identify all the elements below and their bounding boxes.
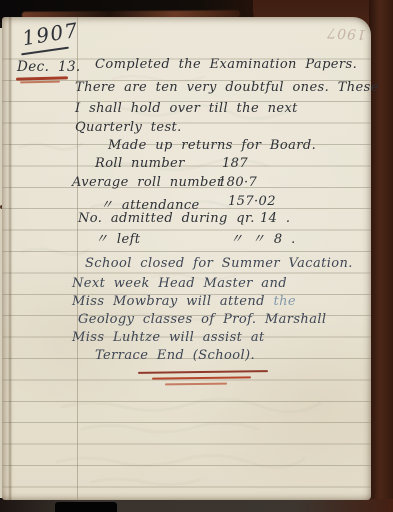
year-heading: 1907: [21, 20, 80, 49]
stat-label: Average roll number: [72, 175, 223, 190]
entry-line: Quarterly test.: [75, 121, 182, 134]
gutter-crease: [8, 17, 12, 500]
stat-value: 14 .: [260, 211, 290, 226]
stat-value: 157·02: [228, 194, 276, 209]
pencil-word-the: the: [273, 294, 296, 309]
red-flourish-line: [152, 376, 251, 379]
entry-line: I shall hold over till the next: [75, 102, 298, 115]
entry-line: Miss Luhtze will assist at: [72, 331, 265, 344]
scanned-journal-photo: 1907 1907 Dec. 13. Completed the Examina…: [0, 0, 393, 512]
entry-line: Geology classes of Prof. Marshall: [78, 313, 326, 326]
stat-row-average-roll: Average roll number 180·7: [2, 175, 371, 191]
stat-value: 180·7: [218, 175, 257, 190]
entry-date: Dec. 13.: [17, 61, 81, 75]
entry-line: Miss Mowbray will attend the: [72, 295, 296, 308]
stat-label: Roll number: [95, 156, 185, 171]
entry-line: Next week Head Master and: [72, 277, 287, 290]
stat-value: 〃 〃 8 .: [230, 228, 296, 247]
entry-line: School closed for Summer Vacation.: [85, 257, 353, 270]
stat-value: 187: [222, 156, 248, 171]
entry-line: Completed the Examination Papers.: [95, 58, 357, 71]
date-red-underline-second: [20, 81, 60, 84]
stat-label: No. admitted during qr.: [78, 211, 255, 226]
stat-row-average-attendance: 〃 attendance 157·02: [2, 194, 371, 210]
entry-line-text: Miss Mowbray will attend: [72, 294, 265, 309]
returns-intro-line: Made up returns for Board.: [108, 139, 316, 152]
book-cover-bottom-shadow: [55, 502, 117, 512]
red-flourish-line: [138, 370, 268, 374]
red-flourish-line: [165, 383, 227, 386]
stat-row-admitted: No. admitted during qr. 14 .: [2, 211, 371, 227]
stat-row-roll-number: Roll number 187: [2, 156, 371, 172]
journal-page: 1907 1907 Dec. 13. Completed the Examina…: [2, 17, 371, 500]
stat-label: 〃 left: [95, 228, 140, 247]
entry-line: There are ten very doubtful ones. These: [75, 81, 379, 94]
entry-line: Terrace End (School).: [95, 349, 255, 362]
book-cover-right-edge: [369, 0, 393, 512]
bleedthrough-year-text: 1907: [322, 24, 367, 42]
stat-row-left: 〃 left 〃 〃 8 .: [2, 228, 371, 244]
